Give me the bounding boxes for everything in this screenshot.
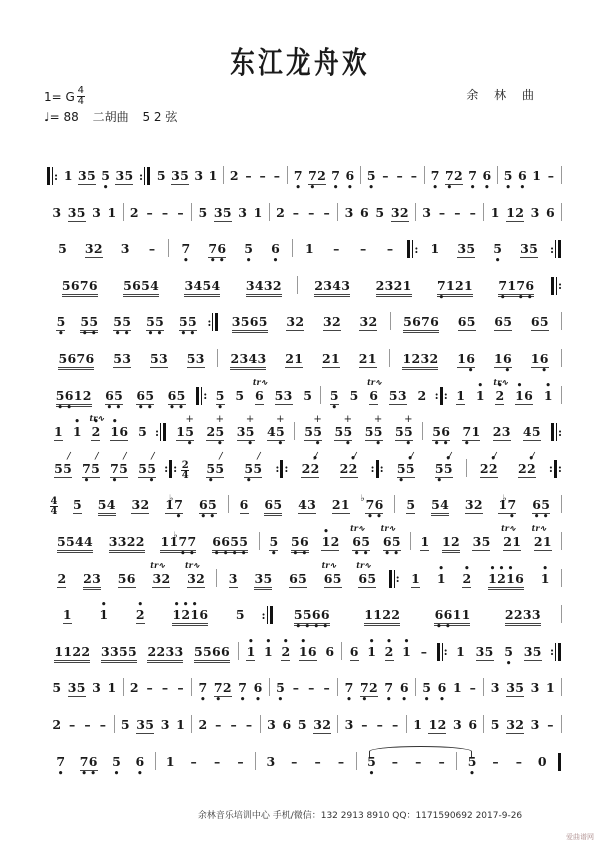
note: 5 bbox=[58, 351, 67, 367]
note: 1 bbox=[63, 607, 72, 623]
measure: 5•56tr∿532 bbox=[321, 388, 434, 405]
octave-dot-low: • bbox=[208, 258, 217, 264]
time-signature: 4 4 bbox=[77, 86, 85, 107]
octave-dot-low: • bbox=[516, 295, 525, 301]
beam-group: 5•5• bbox=[179, 314, 197, 331]
barline bbox=[561, 166, 562, 184]
barline bbox=[561, 203, 562, 221]
measure: 53531 bbox=[46, 680, 123, 697]
note: 2 bbox=[301, 461, 310, 477]
octave-dot-low: • bbox=[206, 478, 215, 484]
octave-dot-low: • bbox=[89, 331, 98, 337]
note: 6• bbox=[212, 534, 221, 550]
note: 5• bbox=[122, 314, 131, 330]
measure: 7•7•27•6• bbox=[192, 680, 269, 697]
note: 5 bbox=[259, 314, 268, 330]
note: 5 bbox=[223, 205, 232, 221]
note: 2 bbox=[369, 680, 378, 696]
note: 2 bbox=[474, 497, 483, 513]
octave-dot-low: • bbox=[294, 185, 303, 191]
octave-dot-high: • bbox=[367, 639, 376, 645]
beam-group: 2tr∿1 bbox=[503, 534, 521, 551]
note: 5 bbox=[304, 424, 313, 440]
note: 3 bbox=[196, 351, 205, 367]
octave-dot-low: • bbox=[276, 697, 285, 703]
measure: 5•5•6•6•11226•6•112233 bbox=[274, 607, 561, 626]
measure: 11•2•tr∿1•61• bbox=[448, 388, 561, 405]
note: 2 bbox=[276, 205, 285, 221]
octave-dot-low: • bbox=[374, 441, 383, 447]
note: 5• bbox=[367, 168, 376, 184]
note: 3 bbox=[359, 314, 368, 330]
beam-group: 25•+ bbox=[206, 424, 224, 441]
note: 2 bbox=[161, 571, 170, 587]
note: 6•tr∿ bbox=[383, 534, 392, 550]
note: 5• bbox=[504, 168, 513, 184]
beam-group: 55•+ bbox=[395, 424, 413, 441]
note: 6• bbox=[434, 607, 443, 623]
beam-group: 1 bbox=[420, 534, 429, 551]
note: 4 bbox=[440, 497, 449, 513]
note: 6 bbox=[515, 571, 524, 587]
note: 5• bbox=[291, 534, 300, 550]
note: 3 bbox=[420, 351, 429, 367]
beam-group: 2• bbox=[385, 644, 394, 661]
measure: 15•+25•+35•+45•+ bbox=[167, 424, 294, 441]
beam-group: 16• bbox=[457, 351, 475, 368]
note: 6• bbox=[525, 278, 534, 294]
note: 6•tr∿ bbox=[352, 534, 361, 550]
beam-group: 53 bbox=[150, 351, 168, 368]
note: 1 bbox=[471, 424, 480, 440]
beam-group: 2•tr∿ bbox=[91, 424, 100, 441]
barline bbox=[561, 349, 562, 367]
note: 7• bbox=[331, 168, 340, 184]
note: 2 bbox=[57, 571, 66, 587]
score-row: 445543217•♭6•5•66543217•♭6•5543217•♭6•5• bbox=[46, 497, 562, 534]
note: 6 bbox=[308, 644, 317, 660]
note: 3 bbox=[239, 351, 248, 367]
beam-group: 6 bbox=[240, 497, 249, 514]
beam-group: 35 bbox=[472, 534, 490, 551]
beam-group: 35 bbox=[506, 680, 524, 697]
note: – bbox=[381, 168, 390, 184]
octave-dot-low: • bbox=[432, 441, 441, 447]
beam-group: 2tr∿1 bbox=[534, 534, 552, 551]
beam-group: 53 bbox=[113, 351, 131, 368]
note: 1 bbox=[452, 607, 461, 623]
note: 5 bbox=[515, 680, 524, 696]
note: 5• bbox=[392, 534, 401, 550]
note: – bbox=[360, 717, 369, 733]
note: 5 bbox=[406, 497, 415, 513]
note: 3 bbox=[520, 241, 529, 257]
note: 5•+ bbox=[185, 424, 194, 440]
note: 4 bbox=[332, 278, 341, 294]
beam-group: 35 bbox=[520, 241, 538, 258]
octave-dot-high: • bbox=[281, 639, 290, 645]
note: 3 bbox=[78, 168, 87, 184]
octave-dot-high: • bbox=[321, 529, 330, 535]
note: 3 bbox=[229, 571, 238, 587]
octave-dot-high: • bbox=[385, 639, 394, 645]
beam-group: 55/ bbox=[54, 461, 72, 478]
note: 6tr∿ bbox=[358, 571, 367, 587]
note: 2•/ bbox=[527, 461, 536, 477]
barline-rep-end: : bbox=[550, 644, 562, 660]
beam-group: 55•+ bbox=[334, 424, 352, 441]
octave-dot-low: • bbox=[89, 771, 98, 777]
note: 5 bbox=[202, 278, 211, 294]
note: 5 bbox=[236, 607, 245, 623]
beam-group: 55•/ bbox=[138, 461, 156, 478]
beam-group: 3tr∿2 bbox=[187, 571, 205, 588]
octave-dot-high: • bbox=[437, 566, 446, 572]
note: – bbox=[148, 241, 157, 257]
beam-group: 45•+ bbox=[267, 424, 285, 441]
note: 7• bbox=[198, 680, 207, 696]
note: 3 bbox=[171, 168, 180, 184]
beam-group: 43 bbox=[298, 497, 316, 514]
beam-group: 7•2 bbox=[214, 680, 232, 697]
measure: 3––– bbox=[416, 205, 484, 221]
note: 2 bbox=[400, 205, 409, 221]
note: 5• bbox=[80, 314, 89, 330]
octave-dot-low: • bbox=[384, 697, 393, 703]
octave-dot-low: • bbox=[230, 551, 239, 557]
beam-group: 54 bbox=[98, 497, 116, 516]
measure: 22•/22•/ bbox=[467, 461, 549, 478]
beam-group: 2343 bbox=[230, 351, 266, 370]
note: 6 bbox=[71, 278, 80, 294]
note: 5•+ bbox=[374, 424, 383, 440]
measure: 2––– bbox=[270, 205, 338, 221]
beam-group: 6•5• bbox=[136, 388, 154, 405]
octave-dot-low: • bbox=[56, 405, 65, 411]
beam-group: 5544 bbox=[57, 534, 93, 553]
measure: 5•5•6•1•26•tr∿5•6•tr∿5• bbox=[260, 534, 410, 553]
note: 5•/ bbox=[147, 461, 156, 477]
beam-group: 117•♭7• bbox=[160, 534, 196, 553]
note: 5 bbox=[532, 424, 541, 440]
note: 2 bbox=[455, 278, 464, 294]
beam-group: 1•2 bbox=[321, 534, 339, 551]
note: 2 bbox=[340, 461, 349, 477]
beam-group: 1 bbox=[456, 388, 465, 405]
note: 5• bbox=[276, 680, 285, 696]
beam-group: 32 bbox=[391, 205, 409, 222]
score-row: :1355•35:535312–––7•7•27•6•5•–––7•7•27•6… bbox=[46, 168, 562, 205]
note: 5 bbox=[203, 644, 212, 660]
octave-dot-low: • bbox=[308, 185, 317, 191]
beam-group: 55•+ bbox=[304, 424, 322, 441]
note: 1 bbox=[364, 607, 373, 623]
beam-group: 35 bbox=[78, 168, 96, 185]
barline bbox=[561, 605, 562, 623]
note: 1 bbox=[456, 644, 465, 660]
octave-dot-low: • bbox=[331, 185, 340, 191]
note: 2 bbox=[514, 607, 523, 623]
note: 5• bbox=[112, 754, 121, 770]
note: 3 bbox=[267, 717, 276, 733]
note: 5 bbox=[98, 497, 107, 513]
trill-mark: tr∿ bbox=[367, 374, 382, 390]
octave-dot-low: • bbox=[443, 624, 452, 630]
note: 7• bbox=[110, 461, 119, 477]
note: 6• bbox=[540, 351, 549, 367]
score-row: 335312–––535312–––365323–––11236 bbox=[46, 205, 562, 242]
beam-group: 16• bbox=[494, 351, 512, 368]
beam-group: 5 bbox=[406, 497, 415, 514]
octave-dot-low: • bbox=[271, 258, 280, 264]
note: 5 bbox=[389, 388, 398, 404]
note: 5• bbox=[206, 461, 215, 477]
measure: 53531 bbox=[151, 168, 223, 185]
pizzicato-mark: + bbox=[313, 412, 322, 428]
octave-dot-low: • bbox=[504, 185, 513, 191]
octave-dot-low: • bbox=[179, 331, 188, 337]
octave-dot-low: • bbox=[112, 771, 121, 777]
beam-group: 3322 bbox=[109, 534, 145, 553]
note: 1• bbox=[73, 424, 82, 440]
measure: 5676565434543432 bbox=[46, 278, 297, 297]
note: 5•+ bbox=[215, 424, 224, 440]
note: 6• bbox=[168, 388, 177, 404]
note: 1 bbox=[373, 607, 382, 623]
beam-group: 5•5/ bbox=[244, 461, 262, 478]
beam-group: 55•+ bbox=[365, 424, 383, 441]
note: – bbox=[491, 754, 500, 770]
note: 5 bbox=[485, 644, 494, 660]
beam-group: 32 bbox=[85, 241, 103, 258]
beam-group: 5654 bbox=[123, 278, 159, 297]
note: 5• bbox=[244, 241, 253, 257]
note: – bbox=[385, 241, 394, 257]
note: 5 bbox=[466, 241, 475, 257]
note: 3 bbox=[286, 314, 295, 330]
note: 1 bbox=[107, 205, 116, 221]
beam-group: 7•1 bbox=[462, 424, 480, 441]
note: 1• bbox=[544, 388, 553, 404]
measure: 223563tr∿23tr∿2 bbox=[46, 571, 216, 590]
note: 7 bbox=[76, 351, 85, 367]
note: 2 bbox=[391, 607, 400, 623]
note: 7• bbox=[431, 168, 440, 184]
note: 3 bbox=[121, 241, 130, 257]
note: 5•+ bbox=[313, 424, 322, 440]
beam-group: 5566 bbox=[194, 644, 230, 663]
octave-dot-high: • bbox=[136, 602, 145, 608]
note: 6• bbox=[217, 241, 226, 257]
octave-dot-low: • bbox=[244, 258, 253, 264]
note: 5 bbox=[395, 424, 404, 440]
measure: 1•1•2•1•66 bbox=[239, 644, 341, 661]
note: – bbox=[359, 241, 368, 257]
barline bbox=[561, 312, 562, 330]
note: 2 bbox=[196, 571, 205, 587]
flat-sign: ♭ bbox=[173, 528, 177, 544]
beam-group: 21 bbox=[359, 351, 377, 368]
octave-dot-low: • bbox=[518, 185, 527, 191]
octave-dot-low: • bbox=[105, 405, 114, 411]
note: 1 bbox=[442, 534, 451, 550]
octave-dot-low: • bbox=[110, 478, 119, 484]
note: 1 bbox=[494, 351, 503, 367]
note: 2 bbox=[515, 717, 524, 733]
octave-dot-low: • bbox=[239, 551, 248, 557]
note: 5• bbox=[179, 314, 188, 330]
note: 2 bbox=[314, 278, 323, 294]
measure: 22•/22•/ bbox=[288, 461, 370, 478]
octave-dot-high: • bbox=[541, 566, 550, 572]
note: 1• bbox=[246, 644, 255, 660]
tempo-line: ♩= 88 二胡曲 5 2 弦 bbox=[44, 108, 187, 125]
note: 1 bbox=[63, 644, 72, 660]
measure: 5323– bbox=[484, 717, 561, 734]
octave-dot-low: • bbox=[185, 441, 194, 447]
barline-rep-end: : bbox=[550, 241, 562, 257]
note: 6 bbox=[524, 388, 533, 404]
beam-group: 65 bbox=[264, 497, 282, 516]
note: 5• bbox=[208, 497, 217, 513]
measure: 61•2•1•– bbox=[342, 644, 435, 661]
octave-dot-low: • bbox=[404, 441, 413, 447]
note: 1 bbox=[54, 424, 63, 440]
note: 5• bbox=[230, 534, 239, 550]
barline-rep-start: : bbox=[550, 278, 562, 294]
note: 2 bbox=[515, 205, 524, 221]
measure: 7•7•27•6• bbox=[338, 680, 415, 697]
note: 5 bbox=[150, 351, 159, 367]
octave-dot-low: • bbox=[294, 624, 303, 630]
note: 2• bbox=[462, 571, 471, 587]
beam-group: 35 bbox=[136, 717, 154, 734]
octave-dot-high: • bbox=[172, 602, 181, 608]
measure: 11236 bbox=[484, 205, 561, 222]
note: 3tr∿ bbox=[152, 571, 161, 587]
note: 3 bbox=[264, 278, 273, 294]
note: 3 bbox=[136, 717, 145, 733]
note: 1 bbox=[430, 241, 439, 257]
note: 3 bbox=[524, 644, 533, 660]
note: 3 bbox=[92, 205, 101, 221]
note: 6 bbox=[360, 205, 369, 221]
note: 5• bbox=[269, 534, 278, 550]
note: 6 bbox=[212, 644, 221, 660]
beam-group: 7•♭6• bbox=[365, 497, 383, 514]
note: 5• bbox=[303, 607, 312, 623]
note: 6• bbox=[254, 680, 263, 696]
note: 2 bbox=[83, 388, 92, 404]
octave-dot-low: • bbox=[498, 295, 507, 301]
octave-dot-low: • bbox=[504, 661, 513, 667]
note: 5 bbox=[198, 205, 207, 221]
note: 5• bbox=[216, 388, 225, 404]
measure: 1––– bbox=[156, 754, 256, 770]
octave-dot-low: • bbox=[269, 551, 278, 557]
note: 2 bbox=[480, 461, 489, 477]
note: 6• bbox=[503, 351, 512, 367]
note: 1 bbox=[420, 534, 429, 550]
note: 5/ bbox=[63, 461, 72, 477]
note: 6tr∿ bbox=[255, 388, 264, 404]
note: 2 bbox=[332, 497, 341, 513]
note: 3 bbox=[110, 644, 119, 660]
instrument-label: 二胡曲 bbox=[93, 110, 129, 124]
beam-group: 21 bbox=[322, 351, 340, 368]
note: 6• bbox=[135, 754, 144, 770]
measure: 5543217•♭6•5• bbox=[62, 497, 228, 516]
note: 3 bbox=[345, 205, 354, 221]
beam-group: 1 bbox=[63, 607, 72, 624]
note: 5• bbox=[422, 680, 431, 696]
note: 5 bbox=[62, 278, 71, 294]
octave-dot-low: • bbox=[80, 771, 89, 777]
measure: 1355•35 bbox=[448, 644, 550, 661]
beam-group: 2 bbox=[57, 571, 66, 588]
note: 7•♭ bbox=[507, 497, 516, 513]
beam-group: 6tr∿ bbox=[255, 388, 264, 405]
note: 7• bbox=[187, 534, 196, 550]
beam-group: 1122 bbox=[364, 607, 400, 626]
note: 5• bbox=[101, 168, 110, 184]
note: 2 bbox=[127, 534, 136, 550]
beam-group: 65 bbox=[494, 314, 512, 331]
beam-group: 6•5• bbox=[199, 497, 217, 514]
note: 1 bbox=[54, 644, 63, 660]
octave-dot-low: • bbox=[540, 368, 549, 374]
score-row: 11223355223355661•1•2•1•6661•2•1•–:1355•… bbox=[46, 644, 562, 681]
key-label: 1= G bbox=[44, 90, 75, 104]
note: 2 bbox=[317, 168, 326, 184]
octave-dot-low: • bbox=[101, 185, 110, 191]
beam-group: 1•6 bbox=[299, 644, 317, 661]
note: 6 bbox=[89, 278, 98, 294]
note: 4 bbox=[523, 424, 532, 440]
note: 1 bbox=[453, 680, 462, 696]
note: – bbox=[176, 205, 185, 221]
octave-dot-low: • bbox=[437, 697, 446, 703]
measure: 5•5•/5•5•/ bbox=[384, 461, 466, 478]
octave-dot-low: • bbox=[493, 258, 502, 264]
measure: 5676535353 bbox=[46, 351, 217, 370]
octave-dot-high: • bbox=[99, 602, 108, 608]
octave-dot-low: • bbox=[300, 551, 309, 557]
note: 1• bbox=[541, 571, 550, 587]
note: 5 bbox=[298, 717, 307, 733]
note: 5 bbox=[334, 424, 343, 440]
note: 1• bbox=[264, 644, 273, 660]
note: 6 bbox=[289, 571, 298, 587]
note: 5• bbox=[541, 497, 550, 513]
beam-group: 7•6• bbox=[80, 754, 98, 771]
measure: 5•5/5•5/ bbox=[193, 461, 275, 478]
octave-dot-low: • bbox=[168, 405, 177, 411]
score-row: 55/7•5/7•5/55•/::245•5/5•5/::22•/22•/::5… bbox=[46, 461, 562, 498]
note: 5 bbox=[431, 497, 440, 513]
note: 5/ bbox=[253, 461, 262, 477]
pizzicato-mark: + bbox=[374, 412, 383, 428]
beam-group: 54 bbox=[431, 497, 449, 516]
beam-group: 2321 bbox=[376, 278, 412, 297]
tie-arc bbox=[369, 746, 472, 757]
note: – bbox=[291, 680, 300, 696]
note: 7• bbox=[214, 680, 223, 696]
watermark: 爱曲谱网 bbox=[566, 832, 594, 842]
note: 2 bbox=[382, 607, 391, 623]
measure: 7•7•6•5•6• bbox=[46, 754, 155, 771]
score-row: 5676565434543432234323217•1217•17•6•: bbox=[46, 278, 562, 315]
